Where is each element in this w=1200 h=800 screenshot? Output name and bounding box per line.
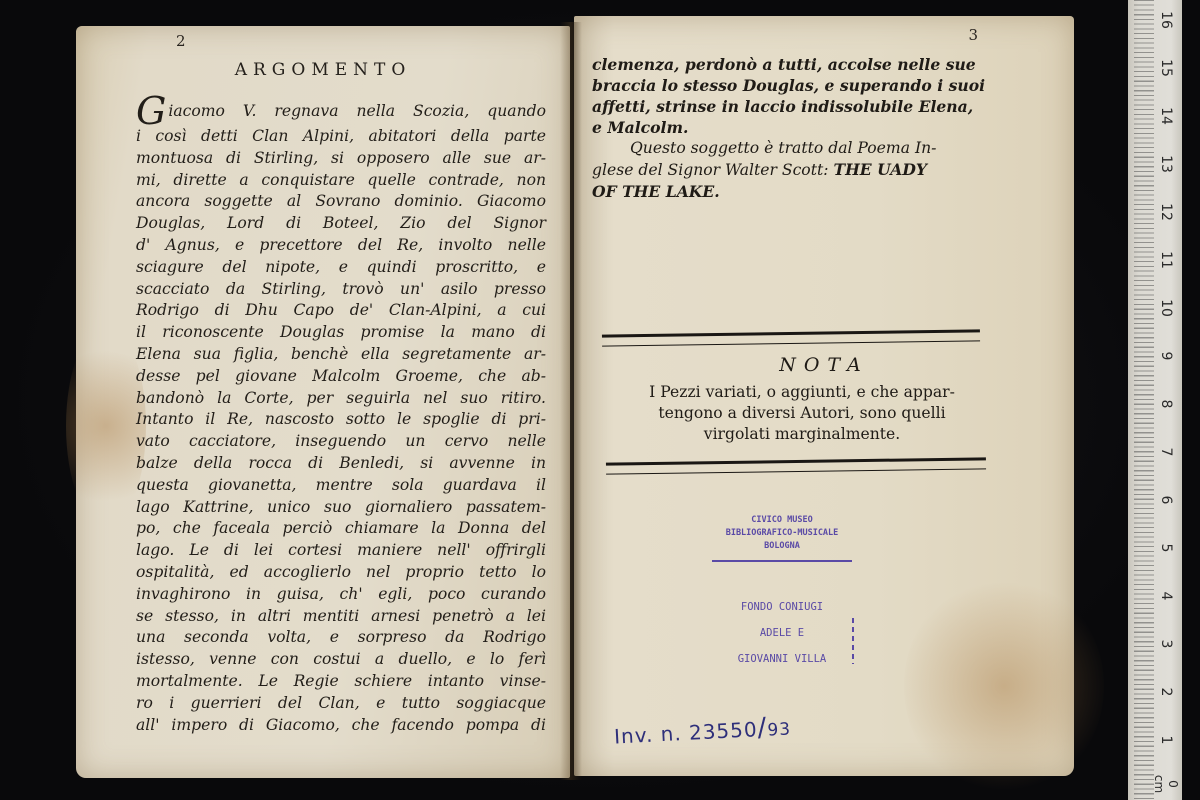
text-line: Douglas, Lord di Boteel, Zio del Signor (136, 213, 546, 235)
poem-title-cont: OF THE LAKE. (592, 181, 1010, 202)
text-line: istesso, venne con costui a duello, e lo… (136, 649, 546, 671)
text-line: ospitalità, ed accoglierlo nel proprio t… (136, 562, 546, 584)
text-line: I Pezzi variati, o aggiunti, e che appar… (594, 382, 1010, 403)
text-line: se stesso, in altri mentiti arnesi penet… (136, 606, 546, 628)
argument-continuation: clemenza, perdonò a tutti, accolse nelle… (592, 54, 1010, 202)
double-rule-top (602, 329, 980, 346)
text-line: balze della rocca di Benledi, si avvenne… (136, 453, 546, 475)
page-number: 3 (968, 26, 978, 44)
text-line: Questo soggetto è tratto dal Poema In- (592, 138, 1010, 159)
text-line: i così detti Clan Alpini, abitatori dell… (136, 126, 546, 148)
text-line: all' impero di Giacomo, che facendo pomp… (136, 715, 546, 737)
ruler-ticks (1134, 0, 1154, 800)
text-line: braccia lo stesso Douglas, e superando i… (592, 75, 1010, 96)
ruler-unit-label: 0 cm (1152, 770, 1180, 798)
fund-stamp: FONDO CONIUGI ADELE E GIOVANNI VILLA (702, 594, 862, 672)
text-line: mi, dirette a conquistare quelle contrad… (136, 170, 546, 192)
ruler-mark: 14 (1158, 102, 1174, 130)
text-line: Rodrigo di Dhu Capo de' Clan-Alpini, a c… (136, 300, 546, 322)
text-line: Giacomo V. regnava nella Scozia, quando (136, 96, 546, 126)
paper-stain (66, 326, 146, 526)
ruler-mark: 6 (1158, 486, 1174, 514)
text-line: tengono a diversi Autori, sono quelli (594, 403, 1010, 424)
water-stain (904, 576, 1104, 796)
text-line: scacciato da Stirling, trovò un' asilo p… (136, 279, 546, 301)
open-book: 2 ARGOMENTO Giacomo V. regnava nella Sco… (70, 12, 1090, 782)
ruler-mark: 12 (1158, 198, 1174, 226)
text-line: ro i guerrieri del Clan, e tutto soggiac… (136, 693, 546, 715)
text-line: e Malcolm. (592, 117, 1010, 138)
text-line: lago Kattrine, unico suo giornaliero pas… (136, 497, 546, 519)
text-line: glese del Signor Walter Scott: THE UADY (592, 159, 1010, 181)
stamp-margin-mark (852, 618, 854, 664)
poem-title: THE UADY (833, 160, 927, 179)
text-line: d' Agnus, e precettore del Re, involto n… (136, 235, 546, 257)
ruler-mark: 11 (1158, 246, 1174, 274)
text-line: Intanto il Re, nascosto sotto le spoglie… (136, 409, 546, 431)
left-page: 2 ARGOMENTO Giacomo V. regnava nella Sco… (76, 26, 570, 778)
text-line: invaghirono in guisa, ch' egli, poco cur… (136, 584, 546, 606)
nota-title: NOTA (574, 354, 1074, 376)
text-line: desse pel giovane Malcolm Groeme, che ab… (136, 366, 546, 388)
text-line: mortalmente. Le Regie schiere intanto vi… (136, 671, 546, 693)
library-stamp: CIVICO MUSEO BIBLIOGRAFICO-MUSICALE BOLO… (702, 514, 862, 562)
ruler-mark: 1 (1158, 726, 1174, 754)
argument-text: Giacomo V. regnava nella Scozia, quando … (136, 96, 546, 736)
nota-text: I Pezzi variati, o aggiunti, e che appar… (594, 382, 1010, 445)
text-line: montuosa di Stirling, si opposero alle s… (136, 148, 546, 170)
text-line: lago. Le di lei cortesi maniere nell' of… (136, 540, 546, 562)
text-line: clemenza, perdonò a tutti, accolse nelle… (592, 54, 1010, 75)
text-line: bandonò la Corte, per seguirla nel suo r… (136, 388, 546, 410)
text-line: una seconda volta, e sorpreso da Rodrigo (136, 627, 546, 649)
text-line: vato cacciatore, inseguendo un cervo nel… (136, 431, 546, 453)
ruler-mark: 4 (1158, 582, 1174, 610)
ruler-mark: 10 (1158, 294, 1174, 322)
stamp-underline (712, 560, 852, 562)
page-number: 2 (176, 32, 186, 50)
text-line: questa giovanetta, mentre sola guardava … (136, 475, 546, 497)
ruler-mark: 9 (1158, 342, 1174, 370)
text-line: po, che facеala perciò chiamare la Donna… (136, 518, 546, 540)
ruler-mark: 7 (1158, 438, 1174, 466)
double-rule-bottom (606, 457, 986, 474)
ruler-mark: 15 (1158, 54, 1174, 82)
right-page: 3 clemenza, perdonò a tutti, accolse nel… (574, 16, 1074, 776)
ruler-mark: 3 (1158, 630, 1174, 658)
ruler-mark: 13 (1158, 150, 1174, 178)
ruler-mark: 2 (1158, 678, 1174, 706)
ruler-mark: 16 (1158, 6, 1174, 34)
ruler-mark: 5 (1158, 534, 1174, 562)
ruler-mark: 8 (1158, 390, 1174, 418)
page-heading: ARGOMENTO (76, 60, 570, 80)
text-line: ancora soggette al Sovrano dominio. Giac… (136, 191, 546, 213)
text-line: sciagure del nipote, e quindi proscritto… (136, 257, 546, 279)
handwritten-inventory-number: Inv. n. 23550/93 (613, 711, 791, 750)
measuring-ruler: 0 cm 1 2 3 4 5 6 7 8 9 10 11 12 13 14 15… (1128, 0, 1182, 800)
book-gutter (560, 22, 582, 780)
text-line: virgolati marginalmente. (594, 424, 1010, 445)
text-line: Elena sua figlia, benchè ella segretamen… (136, 344, 546, 366)
text-line: affetti, strinse in laccio indissolubile… (592, 96, 1010, 117)
text-line: il riconoscente Douglas promise la mano … (136, 322, 546, 344)
